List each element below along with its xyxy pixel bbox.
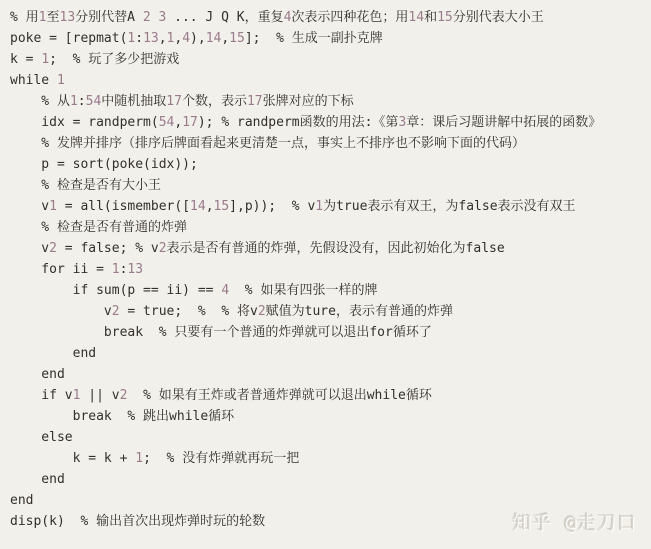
code-line: k = 1; % 玩了多少把游戏	[10, 49, 645, 70]
code-line: break % 跳出while循环	[10, 406, 645, 427]
code-line: v2 = false; % v2表示是否有普通的炸弹，先假设没有，因此初始化为f…	[10, 238, 645, 259]
zhihu-watermark: 知乎 @走刀口	[512, 508, 637, 535]
code-line: if v1 || v2 % 如果有王炸或者普通炸弹就可以退出while循环	[10, 385, 645, 406]
code-line: % 发牌并排序（排序后牌面看起来更清楚一点，事实上不排序也不影响下面的代码）	[10, 133, 645, 154]
code-line: % 用1至13分别代替A 2 3 ... J Q K，重复4次表示四种花色；用1…	[10, 7, 645, 28]
code-block: % 用1至13分别代替A 2 3 ... J Q K，重复4次表示四种花色；用1…	[0, 0, 651, 538]
code-line: poke = [repmat(1:13,1,4),14,15]; % 生成一副扑…	[10, 28, 645, 49]
code-line: v2 = true; % % 将v2赋值为ture，表示有普通的炸弹	[10, 301, 645, 322]
code-line: end	[10, 364, 645, 385]
code-line: % 从1:54中随机抽取17个数，表示17张牌对应的下标	[10, 91, 645, 112]
code-line: p = sort(poke(idx));	[10, 154, 645, 175]
code-line: end	[10, 469, 645, 490]
code-line: % 检查是否有大小王	[10, 175, 645, 196]
code-line: break % 只要有一个普通的炸弹就可以退出for循环了	[10, 322, 645, 343]
code-line: else	[10, 427, 645, 448]
code-line: end	[10, 343, 645, 364]
code-line: % 检查是否有普通的炸弹	[10, 217, 645, 238]
code-line: v1 = all(ismember([14,15],p)); % v1为true…	[10, 196, 645, 217]
code-line: idx = randperm(54,17); % randperm函数的用法:《…	[10, 112, 645, 133]
code-line: while 1	[10, 70, 645, 91]
code-line: k = k + 1; % 没有炸弹就再玩一把	[10, 448, 645, 469]
code-line: if sum(p == ii) == 4 % 如果有四张一样的牌	[10, 280, 645, 301]
code-line: for ii = 1:13	[10, 259, 645, 280]
